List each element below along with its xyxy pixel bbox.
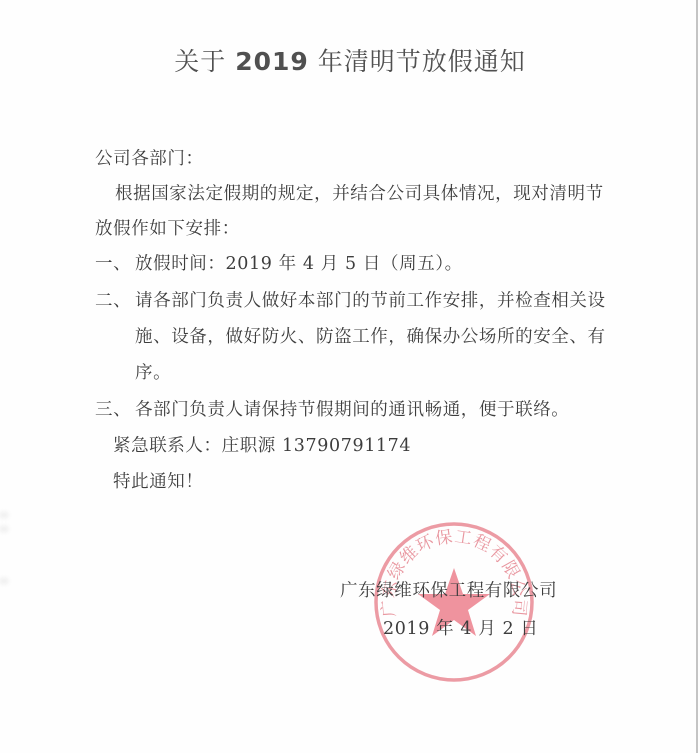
company-seal-stamp: 广东绿维环保工程有限公司: [372, 520, 536, 684]
salutation: 公司各部门：: [95, 145, 204, 170]
intro-line-2: 放假作如下安排：: [95, 215, 240, 240]
closing-text: 特此通知！: [113, 468, 204, 493]
emergency-contact: 紧急联系人：庄职源 13790791174: [113, 432, 411, 457]
item-2-line-2: 施、设备，做好防火、防盗工作，确保办公场所的安全、有: [135, 323, 606, 348]
item-3-text: 各部门负责人请保持节假期间的通讯畅通，便于联络。: [135, 396, 569, 421]
item-2-number: 二、: [95, 287, 131, 312]
item-1-text: 放假时间：2019 年 4 月 5 日（周五）。: [135, 250, 463, 275]
scan-artifact: [0, 512, 8, 518]
item-2-line-1: 请各部门负责人做好本部门的节前工作安排，并检查相关设: [135, 287, 606, 312]
title-year: 2019: [235, 47, 309, 76]
scan-artifact: [0, 578, 8, 584]
signature-company: 广东绿维环保工程有限公司: [340, 577, 557, 602]
signature-date: 2019 年 4 月 2 日: [383, 615, 539, 640]
title-prefix: 关于: [174, 47, 235, 76]
document-title: 关于 2019 年清明节放假通知: [0, 42, 700, 78]
title-suffix: 年清明节放假通知: [309, 47, 526, 76]
scan-artifact: [0, 526, 8, 532]
intro-line-1: 根据国家法定假期的规定，并结合公司具体情况，现对清明节: [115, 180, 604, 205]
item-1-number: 一、: [95, 250, 131, 275]
item-2-line-3: 序。: [135, 359, 171, 384]
page-edge-border: [696, 0, 698, 753]
item-3-number: 三、: [95, 396, 131, 421]
